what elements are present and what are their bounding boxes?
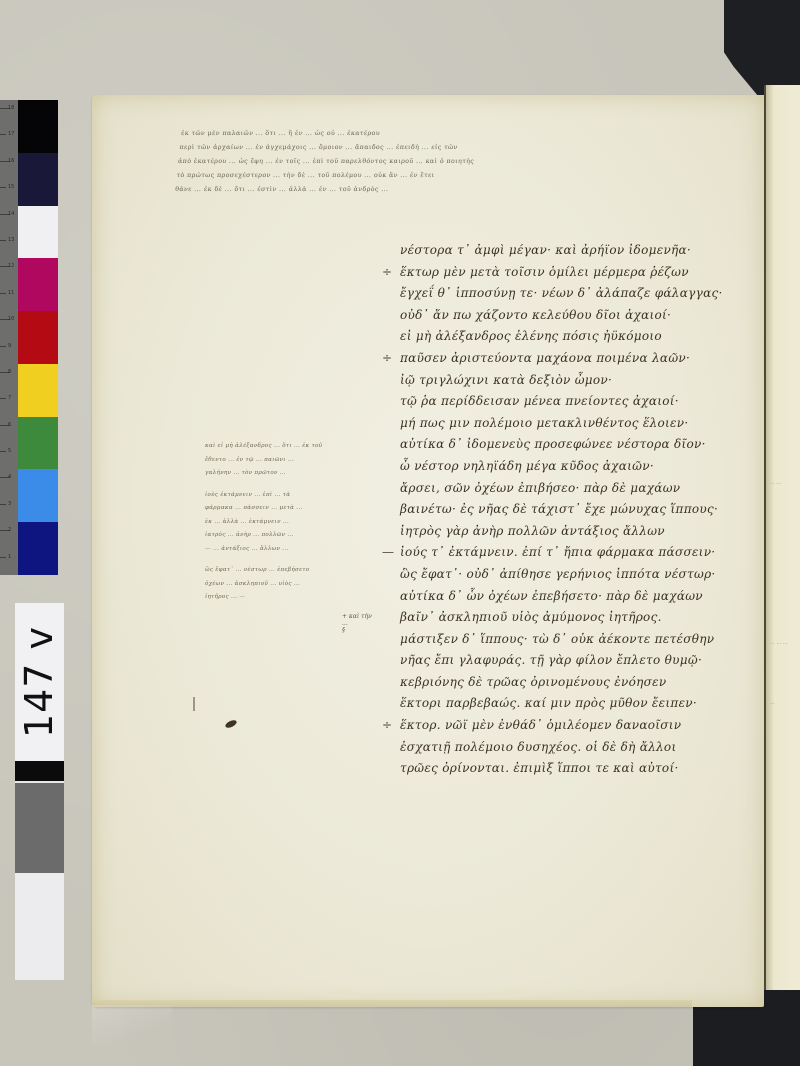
color-swatch bbox=[18, 522, 58, 575]
ruler-tick bbox=[0, 346, 6, 347]
ruler-tick-label: 15 bbox=[8, 184, 14, 190]
verse-text: τῷ ῥα περίδδεισαν μένεα πνείοντες ἀχαιοί… bbox=[400, 394, 679, 408]
verse-line: νέστορα τ᾽ ἀμφὶ μέγαν· καὶ ἀρήϊον ἰδομεν… bbox=[400, 240, 765, 262]
ruler-tick-label: 8 bbox=[8, 369, 11, 375]
scholia-line: φάρμακα ... πάσσειν ... μετὰ ... bbox=[205, 502, 365, 516]
scholia-line: ἰατρὸς ... ἀνὴρ ... πολλῶν ... bbox=[205, 529, 365, 543]
facing-marginal-note: ... ... bbox=[770, 480, 794, 486]
scholia-line: ἀπὸ ἑκατέρου ... ὡς ἔφη ... ἐν τοῖς ... … bbox=[177, 155, 758, 169]
page-bottom-edge bbox=[92, 1000, 692, 1007]
measurement-ruler: 181716151413121110987654321 bbox=[0, 100, 19, 575]
verse-line: ἕκτορι παρβεβαώς. καί μιν πρὸς μῦθον ἔει… bbox=[400, 693, 765, 715]
verse-line: αὐτίκα δ᾽ ἰδομενεὺς προσεφώνεε νέστορα δ… bbox=[400, 434, 765, 456]
facing-page-edge bbox=[764, 85, 800, 990]
ruler-tick-label: 13 bbox=[8, 237, 14, 243]
verse-line: οὐδ᾽ ἄν πω χάζοντο κελεύθου δῖοι ἀχαιοί· bbox=[400, 305, 765, 327]
note-line: ... bbox=[342, 620, 372, 627]
facing-marginal-note: ... bbox=[770, 700, 794, 706]
verse-line: ÷ἕκτωρ μὲν μετὰ τοῖσιν ὁμίλει μέρμερα ῥέ… bbox=[400, 262, 765, 284]
scholia-block: καὶ εἰ μὴ ἀλέξανδρος ... ὅτι ... ἐκ τοῦἔ… bbox=[205, 440, 365, 481]
verse-line: ÷παῦσεν ἀριστεύοντα μαχάονα ποιμένα λαῶν… bbox=[400, 348, 765, 370]
verse-line: ἰητρὸς γὰρ ἀνὴρ πολλῶν ἀντάξιος ἄλλων bbox=[400, 521, 765, 543]
scholia-line: καὶ εἰ μὴ ἀλέξανδρος ... ὅτι ... ἐκ τοῦ bbox=[205, 440, 365, 454]
verse-line: τρῶες ὀρίνονται. ἐπιμὶξ ἵπποι τε καὶ αὐτ… bbox=[400, 758, 765, 780]
verse-text: ἄρσει, σῶν ὀχέων ἐπιβήσεο· πὰρ δὲ μαχάων bbox=[400, 481, 680, 495]
gray-scale-black bbox=[15, 761, 64, 781]
color-swatch bbox=[18, 153, 58, 206]
verse-text: ἕκτωρ μὲν μετὰ τοῖσιν ὁμίλει μέρμερα ῥέζ… bbox=[400, 265, 689, 279]
verse-text: μή πως μιν πολέμοιο μετακλινθέντος ἕλοιε… bbox=[400, 416, 688, 430]
verse-line: —ἰούς τ᾽ ἐκτάμνειν. ἐπί τ᾽ ἤπια φάρμακα … bbox=[400, 542, 765, 564]
folio-label-card: 147 v bbox=[15, 603, 64, 761]
ruler-tick-label: 9 bbox=[8, 343, 11, 349]
verse-text: εἰ μὴ ἀλέξανδρος ἑλένης πόσις ἠϋκόμοιο bbox=[400, 329, 662, 343]
scholia-line: θάνε ... ἐκ δὲ ... ὅτι ... ἐστὶν ... ἀλλ… bbox=[174, 183, 755, 197]
critical-sign: ÷ bbox=[382, 348, 392, 370]
color-swatch bbox=[18, 100, 58, 153]
note-line: + καὶ τὴν bbox=[342, 613, 372, 620]
ruler-tick bbox=[0, 557, 6, 558]
facing-marginal-note: ... ... ... bbox=[770, 640, 794, 646]
ruler-tick bbox=[0, 187, 6, 188]
color-swatch bbox=[18, 311, 58, 364]
main-text-block: νέστορα τ᾽ ἀμφὶ μέγαν· καὶ ἀρήϊον ἰδομεν… bbox=[400, 240, 765, 780]
scholia-line: ἔθεντο ... ἐν τῷ ... παιῶνι ... bbox=[205, 454, 365, 468]
color-swatch bbox=[18, 469, 58, 522]
verse-line: αὐτίκα δ᾽ ὧν ὀχέων ἐπεβήσετο· πὰρ δὲ μαχ… bbox=[400, 586, 765, 608]
scholia-block: ἰοὺς ἐκτάμνειν ... ἐπὶ ... τὰφάρμακα ...… bbox=[205, 489, 365, 557]
ruler-tick bbox=[0, 293, 6, 294]
ruler-tick-label: 12 bbox=[8, 263, 14, 269]
color-swatch bbox=[18, 206, 58, 259]
ink-mark bbox=[193, 697, 195, 711]
scholia-line: — ... ἀντάξιος ... ἄλλων ... bbox=[205, 543, 365, 557]
verse-text: αὐτίκα δ᾽ ὧν ὀχέων ἐπεβήσετο· πὰρ δὲ μαχ… bbox=[400, 589, 703, 603]
verse-text: ἐσχατιῇ πολέμοιο δυσηχέος. οἱ δὲ δὴ ἄλλο… bbox=[400, 740, 676, 754]
critical-sign: ÷ bbox=[382, 262, 392, 284]
verse-text: κεβριόνης δὲ τρῶας ὀρινομένους ἐνόησεν bbox=[400, 675, 666, 689]
verse-line: βαῖν᾽ ἀσκληπιοῦ υἱὸς ἀμύμονος ἰητῆρος. bbox=[400, 607, 765, 629]
scholia-line: ὀχέων ... ἀσκληπιοῦ ... υἱὸς ... bbox=[205, 578, 365, 592]
ruler-tick-label: 4 bbox=[8, 474, 11, 480]
ruler-tick bbox=[0, 134, 6, 135]
verse-line: βαινέτω· ἐς νῆας δὲ τάχιστ᾽ ἔχε μώνυχας … bbox=[400, 499, 765, 521]
small-marginal-note: + καὶ τὴν...§ bbox=[342, 613, 372, 634]
verse-line: νῆας ἔπι γλαφυράς. τῇ γὰρ φίλον ἔπλετο θ… bbox=[400, 650, 765, 672]
ruler-tick-label: 14 bbox=[8, 211, 14, 217]
ruler-tick-label: 10 bbox=[8, 316, 14, 322]
ruler-tick bbox=[0, 504, 6, 505]
verse-line: μάστιξεν δ᾽ ἵππους· τὼ δ᾽ οὐκ ἀέκοντε πε… bbox=[400, 629, 765, 651]
verse-text: ὣς ἔφατ᾽· οὐδ᾽ ἀπίθησε γερήνιος ἱππότα ν… bbox=[400, 567, 716, 581]
ruler-tick-label: 1 bbox=[8, 554, 11, 560]
ruler-tick-label: 7 bbox=[8, 395, 11, 401]
verse-line: τῷ ῥα περίδδεισαν μένεα πνείοντες ἀχαιοί… bbox=[400, 391, 765, 413]
margin-scholia: καὶ εἰ μὴ ἀλέξανδρος ... ὅτι ... ἐκ τοῦἔ… bbox=[205, 440, 365, 613]
ruler-tick-label: 18 bbox=[8, 105, 14, 111]
color-calibration-strip bbox=[18, 100, 58, 575]
scholia-line: ἐκ τῶν μὲν παλαιῶν ... ὅτι ... ἢ ἐν ... … bbox=[180, 127, 761, 141]
critical-sign: ÷ bbox=[382, 715, 392, 737]
scholia-line: ἰοὺς ἐκτάμνειν ... ἐπὶ ... τὰ bbox=[205, 489, 365, 503]
verse-line: ἐσχατιῇ πολέμοιο δυσηχέος. οἱ δὲ δὴ ἄλλο… bbox=[400, 737, 765, 759]
scholia-line: ὣς ἔφατ᾽ ... νέστωρ ... ἐπεβήσετο bbox=[205, 564, 365, 578]
note-line: § bbox=[342, 627, 372, 634]
verse-line: ἄρσει, σῶν ὀχέων ἐπιβήσεο· πὰρ δὲ μαχάων bbox=[400, 478, 765, 500]
ruler-tick bbox=[0, 398, 6, 399]
verse-text: ἕκτορ. νῶϊ μὲν ἐνθάδ᾽ ὁμιλέομεν δαναοῖσι… bbox=[400, 718, 681, 732]
color-swatch bbox=[18, 417, 58, 470]
ruler-tick bbox=[0, 240, 6, 241]
color-swatch bbox=[18, 364, 58, 417]
color-swatch bbox=[18, 258, 58, 311]
verse-text: βαῖν᾽ ἀσκληπιοῦ υἱὸς ἀμύμονος ἰητῆρος. bbox=[400, 610, 662, 624]
folio-number: 147 v bbox=[18, 626, 62, 738]
gray-scale-white bbox=[15, 873, 64, 980]
verse-line: ὣς ἔφατ᾽· οὐδ᾽ ἀπίθησε γερήνιος ἱππότα ν… bbox=[400, 564, 765, 586]
scholia-line: ἐκ ... ἀλλὰ ... ἐκτάμνειν ... bbox=[205, 516, 365, 530]
verse-text: τρῶες ὀρίνονται. ἐπιμὶξ ἵπποι τε καὶ αὐτ… bbox=[400, 761, 679, 775]
ruler-tick-label: 2 bbox=[8, 527, 11, 533]
verse-line: ὦ νέστορ νηληϊάδη μέγα κῦδος ἀχαιῶν· bbox=[400, 456, 765, 478]
verse-text: παῦσεν ἀριστεύοντα μαχάονα ποιμένα λαῶν· bbox=[400, 351, 690, 365]
verse-line: ἔγχεΐ θ᾽ ἱπποσύνῃ τε· νέων δ᾽ ἀλάπαζε φά… bbox=[400, 283, 765, 305]
verse-text: ἔγχεΐ θ᾽ ἱπποσύνῃ τε· νέων δ᾽ ἀλάπαζε φά… bbox=[400, 286, 723, 300]
verse-text: ὦ νέστορ νηληϊάδη μέγα κῦδος ἀχαιῶν· bbox=[400, 459, 654, 473]
verse-line: μή πως μιν πολέμοιο μετακλινθέντος ἕλοιε… bbox=[400, 413, 765, 435]
page-fold bbox=[92, 1005, 172, 1045]
folio-label-strip: 147 v bbox=[15, 603, 64, 980]
ruler-tick-label: 17 bbox=[8, 131, 14, 137]
ruler-tick-label: 11 bbox=[8, 290, 14, 296]
verse-text: ἰούς τ᾽ ἐκτάμνειν. ἐπί τ᾽ ἤπια φάρμακα π… bbox=[400, 545, 715, 559]
verse-text: νῆας ἔπι γλαφυράς. τῇ γὰρ φίλον ἔπλετο θ… bbox=[400, 653, 702, 667]
gray-scale-mid bbox=[15, 783, 64, 873]
verse-line: ÷ἕκτορ. νῶϊ μὲν ἐνθάδ᾽ ὁμιλέομεν δαναοῖσ… bbox=[400, 715, 765, 737]
scholia-line: γαλήνην ... τὸν πρῶτον ... bbox=[205, 467, 365, 481]
verse-text: αὐτίκα δ᾽ ἰδομενεὺς προσεφώνεε νέστορα δ… bbox=[400, 437, 706, 451]
verse-text: ἕκτορι παρβεβαώς. καί μιν πρὸς μῦθον ἔει… bbox=[400, 696, 697, 710]
ruler-tick bbox=[0, 451, 6, 452]
scholia-line: ἰητῆρος ... — bbox=[205, 591, 365, 605]
scholia-line: τὸ πρώτως προσεχέστερον ... τὴν δὲ ... τ… bbox=[176, 169, 757, 183]
verse-text: ἰητρὸς γὰρ ἀνὴρ πολλῶν ἀντάξιος ἄλλων bbox=[400, 524, 665, 538]
verse-text: νέστορα τ᾽ ἀμφὶ μέγαν· καὶ ἀρήϊον ἰδομεν… bbox=[400, 243, 691, 257]
verse-text: βαινέτω· ἐς νῆας δὲ τάχιστ᾽ ἔχε μώνυχας … bbox=[400, 502, 718, 516]
verse-text: ἰῷ τριγλώχινι κατὰ δεξιὸν ὦμον· bbox=[400, 373, 612, 387]
verse-line: ἰῷ τριγλώχινι κατὰ δεξιὸν ὦμον· bbox=[400, 370, 765, 392]
top-scholia: ἐκ τῶν μὲν παλαιῶν ... ὅτι ... ἢ ἐν ... … bbox=[174, 127, 761, 197]
ruler-tick-label: 5 bbox=[8, 448, 11, 454]
verse-line: εἰ μὴ ἀλέξανδρος ἑλένης πόσις ἠϋκόμοιο bbox=[400, 326, 765, 348]
critical-sign: — bbox=[382, 542, 394, 564]
scholia-line: περὶ τῶν ἀρχαίων ... ἐν ἀγχεμάχοις ... ὅ… bbox=[179, 141, 760, 155]
ruler-tick-label: 6 bbox=[8, 422, 11, 428]
scholia-block: ὣς ἔφατ᾽ ... νέστωρ ... ἐπεβήσετοὀχέων .… bbox=[205, 564, 365, 605]
verse-line: κεβριόνης δὲ τρῶας ὀρινομένους ἐνόησεν bbox=[400, 672, 765, 694]
ruler-tick-label: 3 bbox=[8, 501, 11, 507]
verse-text: μάστιξεν δ᾽ ἵππους· τὼ δ᾽ οὐκ ἀέκοντε πε… bbox=[400, 632, 714, 646]
verse-text: οὐδ᾽ ἄν πω χάζοντο κελεύθου δῖοι ἀχαιοί· bbox=[400, 308, 671, 322]
ruler-tick-label: 16 bbox=[8, 158, 14, 164]
